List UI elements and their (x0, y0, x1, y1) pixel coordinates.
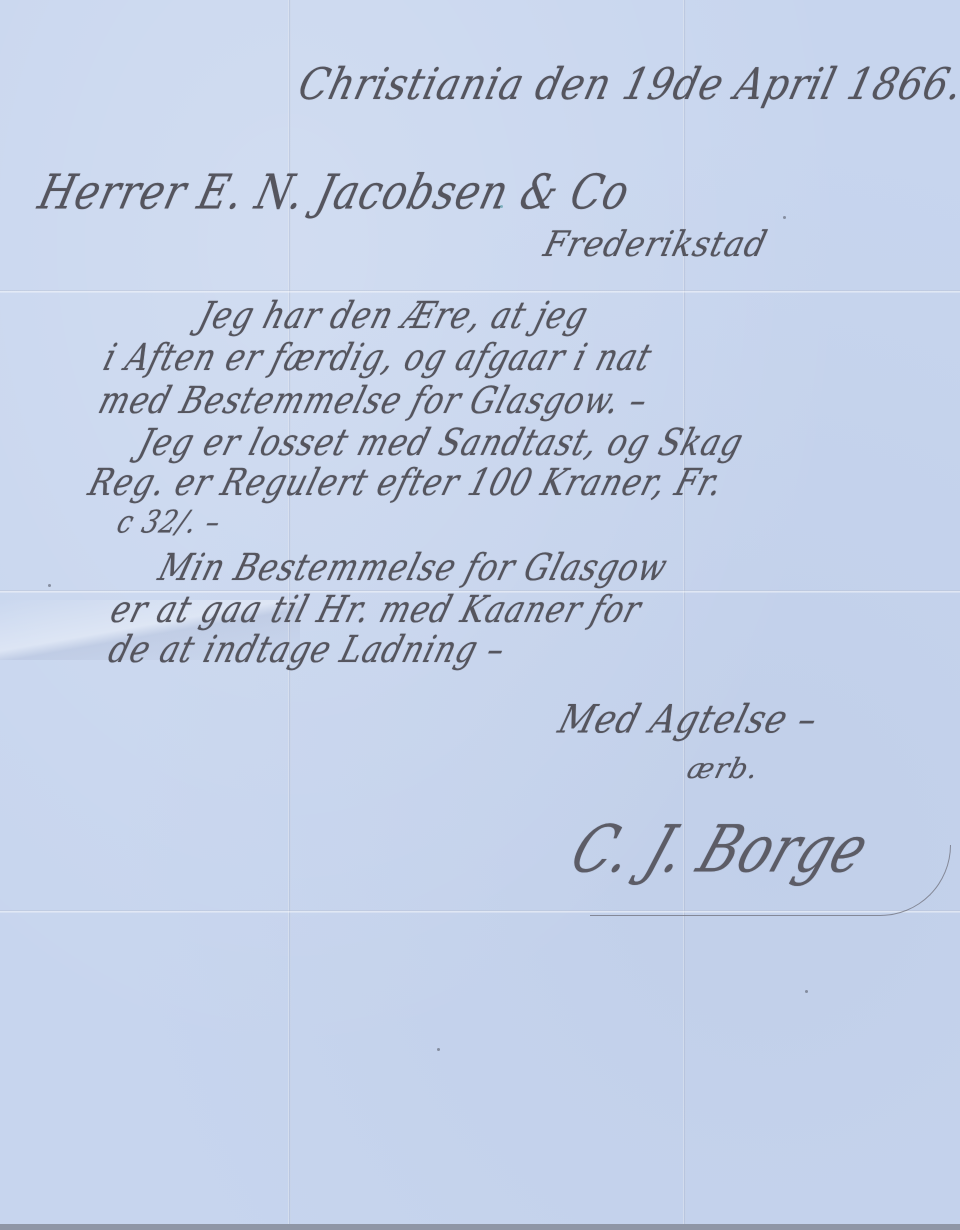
letter-body-line: Reg. er Regulert efter 100 Kraner, Fr. (84, 461, 729, 504)
ink-speck (437, 1048, 440, 1051)
letter-dateline: Christiania den 19de April 1866. (294, 59, 960, 110)
letter-body-line: med Bestemmelse for Glasgow. – (94, 379, 653, 422)
letter-body-line: Min Bestemmelse for Glasgow (154, 546, 673, 589)
ink-speck (48, 584, 51, 587)
letter-paper: Christiania den 19de April 1866. Herrer … (0, 0, 960, 1226)
ink-speck (783, 216, 786, 219)
letter-body-line: de at indtage Ladning – (104, 628, 511, 671)
letter-body-line: Jeg har den Ære, at jeg (194, 294, 593, 337)
letter-body-line: c 32/. – (113, 505, 226, 541)
fold-line-vertical-right (683, 0, 686, 1226)
fold-line-horizontal-top (0, 290, 960, 293)
ink-speck (805, 990, 808, 993)
scan-bottom-edge (0, 1224, 960, 1230)
letter-body-line: Jeg er losset med Sandtast, og Skag (134, 421, 749, 464)
ink-speck (500, 205, 503, 208)
letter-addressee-city: Frederikstad (540, 223, 772, 265)
letter-closing: Med Agtelse – (553, 697, 823, 743)
signature-flourish (590, 845, 951, 916)
letter-closing-abbreviation: ærb. (684, 752, 763, 785)
letter-body-line: er at gaa til Hr. med Kaaner for (106, 588, 647, 631)
letter-body-line: i Aften er færdig, og afgaar i nat (99, 336, 657, 379)
letter-addressee: Herrer E. N. Jacobsen & Co (33, 165, 635, 220)
